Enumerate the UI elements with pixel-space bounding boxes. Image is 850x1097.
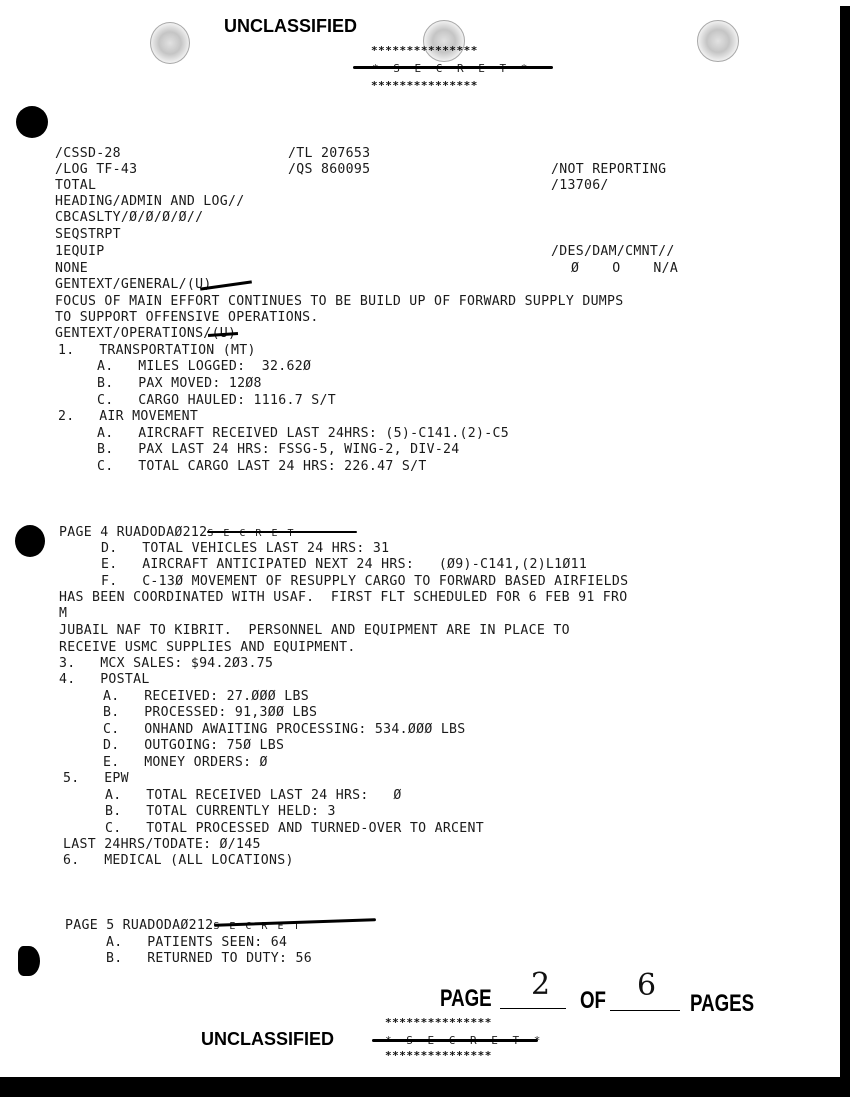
- section-2-f-cont-2: M: [59, 606, 67, 622]
- routing-left-2: /LOG TF-43: [55, 162, 137, 178]
- section-1-a: A. MILES LOGGED: 32.62Ø: [97, 359, 311, 375]
- section-4-d: D. OUTGOING: 75Ø LBS: [103, 738, 284, 754]
- section-1-c: C. CARGO HAULED: 1116.7 S/T: [97, 393, 336, 409]
- routing-left-4: HEADING/ADMIN AND LOG//: [55, 194, 245, 210]
- section-2-a: A. AIRCRAFT RECEIVED LAST 24HRS: (5)-C14…: [97, 426, 509, 442]
- routing-left-6: SEQSTRPT: [55, 227, 121, 243]
- page-4-header-label: PAGE 4 RUADODAØ212: [59, 525, 207, 540]
- gentext-general: GENTEXT/GENERAL/(U): [55, 277, 212, 293]
- section-5-b: B. TOTAL CURRENTLY HELD: 3: [105, 804, 336, 820]
- page-5-header: PAGE 5 RUADODAØ212S E C R E T: [65, 918, 302, 935]
- section-4-b: B. PROCESSED: 91,3ØØ LBS: [103, 705, 317, 721]
- binder-hole-top: [16, 106, 48, 138]
- stars-bottom-1: ***************: [385, 1016, 492, 1029]
- gentext-general-label: GENTEXT/GENERAL/: [55, 277, 187, 292]
- section-2-f: F. C-13Ø MOVEMENT OF RESUPPLY CARGO TO F…: [101, 574, 628, 590]
- general-text-1: FOCUS OF MAIN EFFORT CONTINUES TO BE BUI…: [55, 294, 624, 310]
- routing-right-2: /13706/: [551, 178, 609, 194]
- page-number-underline: [500, 1008, 566, 1009]
- section-4-e: E. MONEY ORDERS: Ø: [103, 755, 268, 771]
- stars-bottom-2: ***************: [385, 1049, 492, 1062]
- secret-strikethrough-bottom: [372, 1039, 538, 1042]
- section-2-f-cont-3: JUBAIL NAF TO KIBRIT. PERSONNEL AND EQUI…: [59, 623, 570, 639]
- section-2-f-cont-4: RECEIVE USMC SUPPLIES AND EQUIPMENT.: [59, 640, 356, 656]
- routing-middle-1: /TL 207653: [288, 146, 370, 162]
- section-5-c: C. TOTAL PROCESSED AND TURNED-OVER TO AR…: [105, 821, 484, 837]
- stars-top-1: ***************: [371, 44, 478, 57]
- classification-bottom: UNCLASSIFIED: [201, 1029, 334, 1050]
- routing-left-3: TOTAL: [55, 178, 96, 194]
- section-6-b: B. RETURNED TO DUTY: 56: [106, 951, 312, 967]
- equip-values: Ø O N/A: [571, 261, 678, 277]
- secret-strikethrough-page-4: [207, 531, 357, 533]
- section-2-d: D. TOTAL VEHICLES LAST 24 HRS: 31: [101, 541, 389, 557]
- punch-hole-right: [697, 20, 739, 62]
- classification-top: UNCLASSIFIED: [224, 16, 357, 37]
- routing-left-8: NONE: [55, 261, 88, 277]
- total-pages-handwritten: 6: [637, 968, 656, 1003]
- binder-hole-bottom: [18, 946, 40, 976]
- section-4-a: A. RECEIVED: 27.ØØØ LBS: [103, 689, 309, 705]
- document-page: UNCLASSIFIED *************** * S E C R E…: [0, 0, 850, 1097]
- general-text-2: TO SUPPORT OFFENSIVE OPERATIONS.: [55, 310, 319, 326]
- equip-header: /DES/DAM/CMNT//: [551, 244, 675, 260]
- section-6-title: 6. MEDICAL (ALL LOCATIONS): [63, 853, 294, 869]
- punch-hole-left: [150, 22, 190, 64]
- gentext-general-struck: (U): [187, 277, 212, 292]
- routing-left-5: CBCASLTY/Ø/Ø/Ø/Ø//: [55, 210, 203, 226]
- secret-strikethrough-top: [353, 66, 553, 69]
- routing-left-1: /CSSD-28: [55, 146, 121, 162]
- routing-middle-2: /QS 860095: [288, 162, 370, 178]
- section-2-f-cont-1: HAS BEEN COORDINATED WITH USAF. FIRST FL…: [59, 590, 628, 606]
- section-1-b: B. PAX MOVED: 12Ø8: [97, 376, 262, 392]
- section-4-title: 4. POSTAL: [59, 672, 150, 688]
- page-label: PAGE: [440, 985, 492, 1013]
- section-5-c-cont: LAST 24HRS/TODATE: Ø/145: [63, 837, 261, 853]
- page-number-handwritten: 2: [531, 967, 550, 1002]
- stars-top-2: ***************: [371, 79, 478, 92]
- gentext-ops-label: GENTEXT/OPERATIONS/: [55, 326, 212, 341]
- section-2-b: B. PAX LAST 24 HRS: FSSG-5, WING-2, DIV-…: [97, 442, 460, 458]
- binder-hole-middle: [15, 525, 45, 557]
- section-5-a: A. TOTAL RECEIVED LAST 24 HRS: Ø: [105, 788, 402, 804]
- section-4-c: C. ONHAND AWAITING PROCESSING: 534.ØØØ L…: [103, 722, 466, 738]
- section-3: 3. MCX SALES: $94.2Ø3.75: [59, 656, 273, 672]
- page-5-header-label: PAGE 5 RUADODAØ212: [65, 918, 213, 933]
- pages-label: PAGES: [690, 990, 754, 1018]
- routing-left-7: 1EQUIP: [55, 244, 104, 260]
- routing-right-1: /NOT REPORTING: [551, 162, 666, 178]
- section-2-c: C. TOTAL CARGO LAST 24 HRS: 226.47 S/T: [97, 459, 427, 475]
- of-label: OF: [580, 987, 606, 1015]
- section-5-title: 5. EPW: [63, 771, 129, 787]
- section-2-e: E. AIRCRAFT ANTICIPATED NEXT 24 HRS: (Ø9…: [101, 557, 587, 573]
- section-2-title: 2. AIR MOVEMENT: [58, 409, 198, 425]
- page-4-header: PAGE 4 RUADODAØ212S E C R E T: [59, 525, 296, 542]
- total-pages-underline: [610, 1010, 680, 1011]
- scan-border-right: [840, 6, 850, 1088]
- scan-border-bottom: [0, 1077, 850, 1097]
- section-1-title: 1. TRANSPORTATION (MT): [58, 343, 256, 359]
- page-4-secret-struck: S E C R E T: [207, 528, 295, 539]
- section-6-a: A. PATIENTS SEEN: 64: [106, 935, 287, 951]
